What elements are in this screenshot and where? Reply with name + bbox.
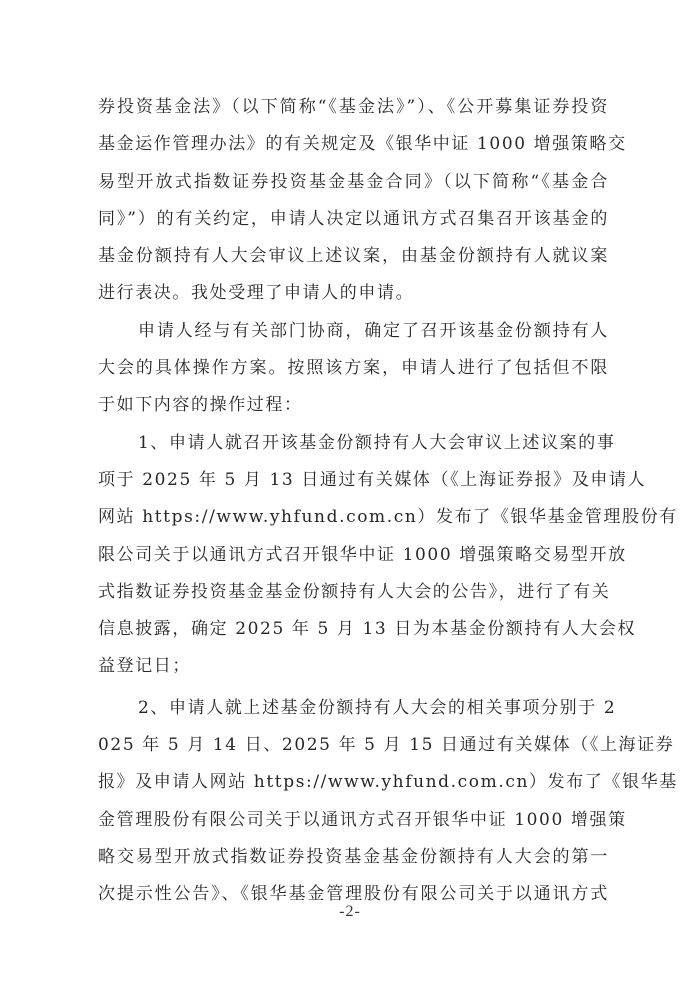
text-line: 1、申请人就召开该基金份额持有人大会审议上述议案的事 — [98, 425, 609, 462]
list-item-2: 2、申请人就上述基金份额持有人大会的相关事项分别于 2 025 年 5 月 14… — [98, 690, 609, 914]
text-line: 于如下内容的操作过程： — [98, 387, 609, 424]
text-line: 易型开放式指数证券投资基金基金合同》（以下简称“《基金合 — [98, 164, 609, 201]
text-line: 网站 https://www.yhfund.com.cn）发布了《银华基金管理股… — [98, 499, 609, 536]
text-line: 金管理股份有限公司关于以通讯方式召开银华中证 1000 增强策 — [98, 802, 609, 839]
text-line: 2、申请人就上述基金份额持有人大会的相关事项分别于 2 — [98, 690, 609, 727]
text-line: 大会的具体操作方案。按照该方案，申请人进行了包括但不限 — [98, 350, 609, 387]
text-line: 益登记日； — [98, 648, 609, 685]
text-line: 略交易型开放式指数证券投资基金基金份额持有人大会的第一 — [98, 839, 609, 876]
text-line: 025 年 5 月 14 日、2025 年 5 月 15 日通过有关媒体（《上海… — [98, 727, 609, 764]
page-number: -2- — [0, 903, 700, 921]
document-body: 券投资基金法》（以下简称“《基金法》”）、《公开募集证券投资 基金运作管理办法》… — [98, 89, 609, 914]
text-line: 申请人经与有关部门协商，确定了召开该基金份额持有人 — [98, 313, 609, 350]
text-line: 式指数证券投资基金基金份额持有人大会的公告》，进行了有关 — [98, 574, 609, 611]
list-item-1: 1、申请人就召开该基金份额持有人大会审议上述议案的事 项于 2025 年 5 月… — [98, 425, 609, 686]
text-line: 项于 2025 年 5 月 13 日通过有关媒体（《上海证券报》及申请人 — [98, 462, 609, 499]
text-line: 同》”）的有关约定，申请人决定以通讯方式召集召开该基金的 — [98, 201, 609, 238]
text-line: 基金运作管理办法》的有关规定及《银华中证 1000 增强策略交 — [98, 126, 609, 163]
text-line: 限公司关于以通讯方式召开银华中证 1000 增强策略交易型开放 — [98, 537, 609, 574]
text-line: 基金份额持有人大会审议上述议案，由基金份额持有人就议案 — [98, 238, 609, 275]
text-line: 券投资基金法》（以下简称“《基金法》”）、《公开募集证券投资 — [98, 89, 609, 126]
paragraph-operation-plan: 申请人经与有关部门协商，确定了召开该基金份额持有人 大会的具体操作方案。按照该方… — [98, 313, 609, 425]
document-page: 券投资基金法》（以下简称“《基金法》”）、《公开募集证券投资 基金运作管理办法》… — [0, 0, 700, 989]
text-line: 进行表决。我处受理了申请人的申请。 — [98, 275, 609, 312]
paragraph-continuation: 券投资基金法》（以下简称“《基金法》”）、《公开募集证券投资 基金运作管理办法》… — [98, 89, 609, 313]
text-line: 报》及申请人网站 https://www.yhfund.com.cn）发布了《银… — [98, 764, 609, 801]
text-line: 信息披露，确定 2025 年 5 月 13 日为本基金份额持有人大会权 — [98, 611, 609, 648]
